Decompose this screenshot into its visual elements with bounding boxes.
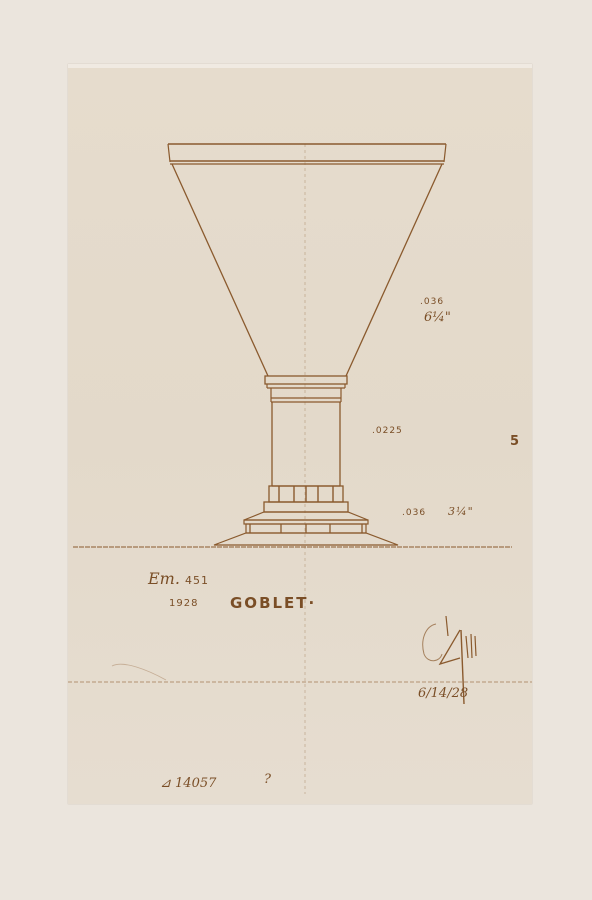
goblet-title: GOBLET· bbox=[230, 594, 316, 612]
stem-shaft bbox=[272, 402, 340, 486]
top-thickness-label: .036 bbox=[420, 297, 444, 307]
goblet-bowl bbox=[172, 164, 442, 376]
design-number: Em. 451 bbox=[148, 569, 209, 588]
stem-fluted-collar bbox=[269, 486, 343, 502]
top-dimension-label: 6¼" bbox=[424, 310, 451, 325]
design-number-prefix: Em. bbox=[148, 569, 180, 588]
base-thickness-label: .036 bbox=[402, 508, 426, 518]
base-dimension-label: 3¼" bbox=[448, 505, 474, 518]
date-label: 6/14/28 bbox=[418, 686, 468, 701]
drawing-sheet: .036 6¼" .0225 5 .036 3¼" Em. 451 1928 G… bbox=[68, 64, 532, 804]
stem-capital bbox=[265, 376, 347, 402]
pencil-stroke bbox=[112, 664, 166, 680]
catalog-number-label: ⊿ 14057 bbox=[160, 776, 216, 791]
base-foot bbox=[214, 533, 398, 545]
side-mark-label: 5 bbox=[510, 434, 519, 449]
goblet-rim bbox=[168, 144, 446, 164]
stem-thickness-label: .0225 bbox=[372, 426, 403, 436]
base-plinth bbox=[244, 502, 368, 533]
year-label: 1928 bbox=[169, 598, 198, 609]
design-number-value: 451 bbox=[185, 574, 209, 587]
query-mark: ? bbox=[264, 772, 271, 787]
